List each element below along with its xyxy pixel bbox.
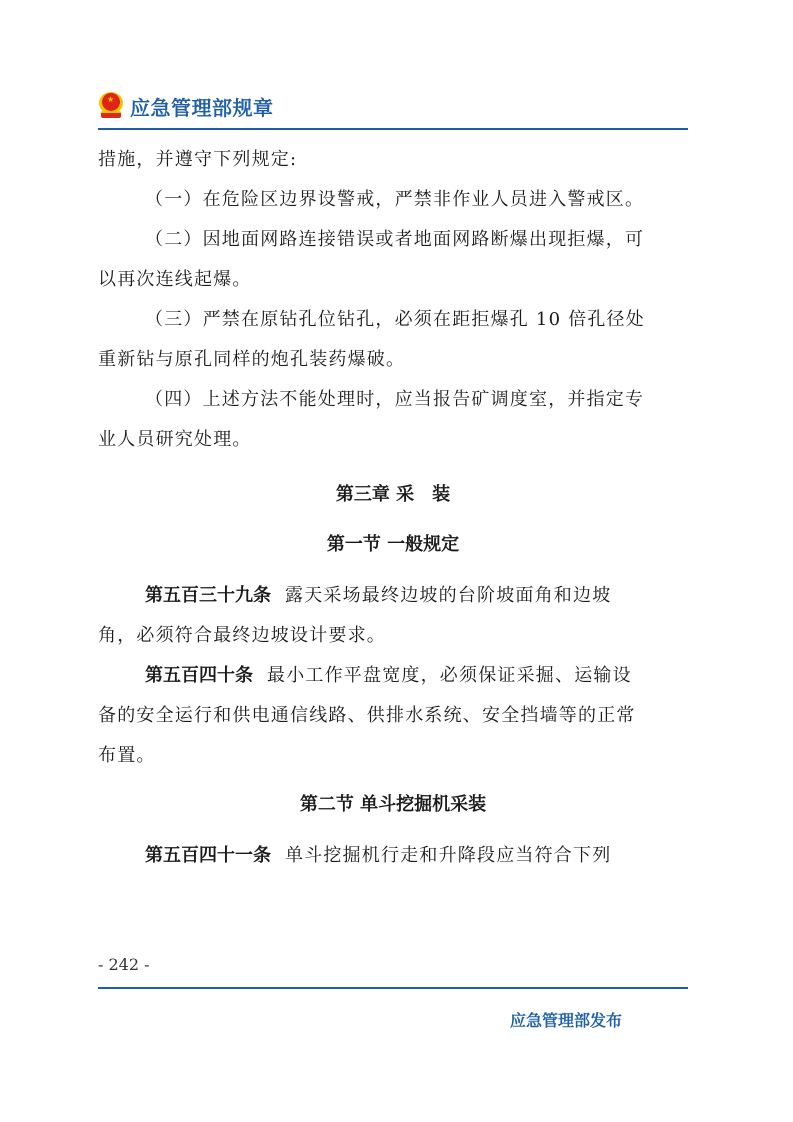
list-item-3: （三）严禁在原钻孔位钻孔，必须在距拒爆孔 10 倍孔径处 <box>98 300 688 340</box>
document-body: 措施，并遵守下列规定: （一）在危险区边界设警戒，严禁非作业人员进入警戒区。 （… <box>98 140 688 876</box>
article-label: 第五百三十九条 <box>145 585 271 606</box>
article-text: 最小工作平盘宽度，必须保证采掘、运输设 <box>267 665 632 686</box>
paragraph-line: 措施，并遵守下列规定: <box>98 140 688 180</box>
article-539: 第五百三十九条露天采场最终边坡的台阶坡面角和边坡 <box>98 576 688 616</box>
article-539-cont: 角，必须符合最终边坡设计要求。 <box>98 616 688 656</box>
section-heading-1: 第一节 一般规定 <box>98 520 688 570</box>
page-number: - 242 - <box>98 955 150 974</box>
article-text: 露天采场最终边坡的台阶坡面角和边坡 <box>285 585 611 606</box>
article-540: 第五百四十条最小工作平盘宽度，必须保证采掘、运输设 <box>98 656 688 696</box>
article-540-cont: 备的安全运行和供电通信线路、供排水系统、安全挡墙等的正常 <box>98 696 688 736</box>
list-item-1: （一）在危险区边界设警戒，严禁非作业人员进入警戒区。 <box>98 180 688 220</box>
list-item-2: （二）因地面网路连接错误或者地面网路断爆出现拒爆，可 <box>98 220 688 260</box>
article-label: 第五百四十条 <box>145 665 253 686</box>
article-text: 单斗挖掘机行走和升降段应当符合下列 <box>285 845 611 866</box>
header-title: 应急管理部规章 <box>130 92 274 121</box>
header-divider <box>98 128 688 130</box>
article-label: 第五百四十一条 <box>145 845 271 866</box>
chapter-heading: 第三章 采 装 <box>98 470 688 520</box>
page-header: ★ 应急管理部规章 <box>98 86 274 126</box>
section-heading-2: 第二节 单斗挖掘机采装 <box>98 780 688 830</box>
list-item-4: （四）上述方法不能处理时，应当报告矿调度室，并指定专 <box>98 380 688 420</box>
article-540-cont2: 布置。 <box>98 736 688 776</box>
article-541: 第五百四十一条单斗挖掘机行走和升降段应当符合下列 <box>98 836 688 876</box>
publisher-label: 应急管理部发布 <box>510 1008 622 1031</box>
list-item-2-cont: 以再次连线起爆。 <box>98 260 688 300</box>
footer-divider <box>98 987 688 989</box>
list-item-4-cont: 业人员研究处理。 <box>98 420 688 460</box>
national-emblem-icon: ★ <box>98 92 124 120</box>
list-item-3-cont: 重新钻与原孔同样的炮孔装药爆破。 <box>98 340 688 380</box>
